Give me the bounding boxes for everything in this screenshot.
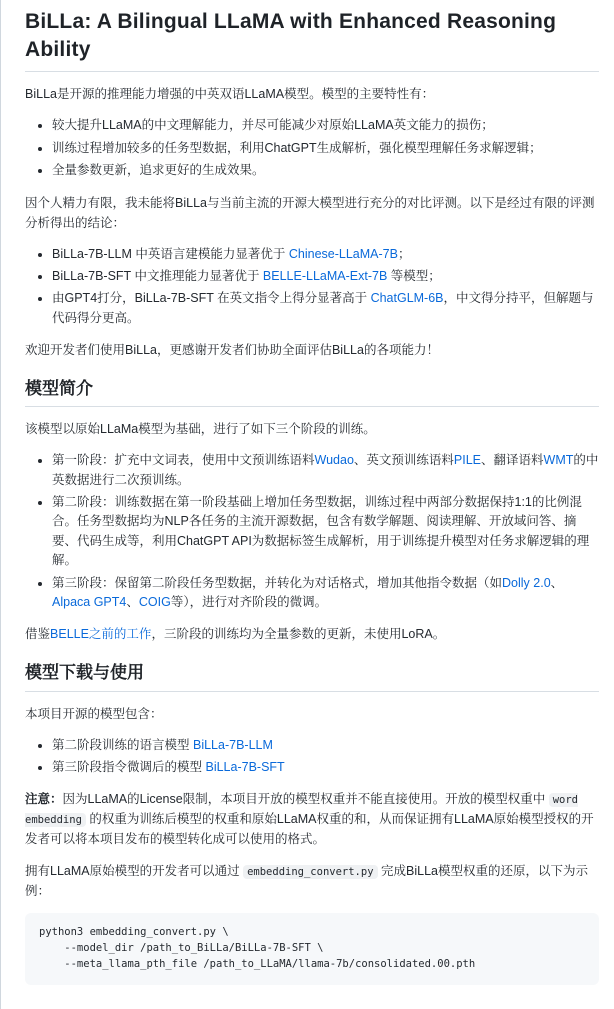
welcome-note: 欢迎开发者们使用BiLLa，更感谢开发者们协助全面评估BiLLa的各项能力！	[25, 340, 599, 360]
text-segment: 的权重为训练后模型的权重和原始LLaMA权重的和，从而保证拥有LLaMA原始模型…	[25, 812, 594, 846]
stage1-item: 第一阶段：扩充中文词表，使用中文预训练语料Wudao、英文预训练语料PILE、翻…	[52, 451, 599, 490]
text-segment: 借鉴	[25, 627, 50, 641]
section-heading-download: 模型下载与使用	[25, 662, 599, 691]
section-heading-model-intro: 模型简介	[25, 378, 599, 407]
feature-list: 较大提升LLaMA的中文理解能力，并尽可能减少对原始LLaMA英文能力的损伤； …	[25, 116, 599, 180]
license-notice: 注意：因为LLaMA的License限制，本项目开放的模型权重并不能直接使用。开…	[25, 789, 599, 849]
intro-lead: BiLLa是开源的推理能力增强的中英双语LLaMA模型。模型的主要特性有：	[25, 84, 599, 104]
alpaca-gpt4-link[interactable]: Alpaca GPT4	[52, 595, 126, 609]
notice-label: 注意：	[25, 792, 63, 806]
text-segment: BiLLa-7B-LLM 中英语言建模能力显著优于	[52, 247, 289, 261]
text-segment: 、英文预训练语料	[354, 453, 454, 467]
coig-link[interactable]: COIG	[139, 595, 171, 609]
stage-list: 第一阶段：扩充中文词表，使用中文预训练语料Wudao、英文预训练语料PILE、翻…	[25, 451, 599, 612]
text-segment: 、	[126, 595, 139, 609]
feature-item: 训练过程增加较多的任务型数据，利用ChatGPT生成解析，强化模型理解任务求解逻…	[52, 139, 599, 158]
model-item: 第二阶段训练的语言模型 BiLLa-7B-LLM	[52, 736, 599, 755]
text-segment: 、翻译语料	[481, 453, 544, 467]
text-segment: BiLLa-7B-SFT 中文推理能力显著优于	[52, 269, 263, 283]
chinese-llama-7b-link[interactable]: Chinese-LLaMA-7B	[289, 247, 398, 261]
model-item: 第三阶段指令微调后的模型 BiLLa-7B-SFT	[52, 758, 599, 777]
readme-container: BiLLa: A Bilingual LLaMA with Enhanced R…	[0, 0, 614, 1009]
text-segment: 因为LLaMA的License限制，本项目开放的模型权重并不能直接使用。开放的模…	[63, 792, 549, 806]
training-footnote: 借鉴BELLE之前的工作，三阶段的训练均为全量参数的更新，未使用LoRA。	[25, 624, 599, 644]
embedding-convert-code: embedding_convert.py	[243, 865, 377, 879]
feature-item: 较大提升LLaMA的中文理解能力，并尽可能减少对原始LLaMA英文能力的损伤；	[52, 116, 599, 135]
text-segment: 等），进行对齐阶段的微调。	[171, 595, 327, 609]
model-list: 第二阶段训练的语言模型 BiLLa-7B-LLM 第三阶段指令微调后的模型 Bi…	[25, 736, 599, 778]
wmt-link[interactable]: WMT	[544, 453, 574, 467]
stage3-item: 第三阶段：保留第二阶段任务型数据，并转化为对话格式，增加其他指令数据（如Doll…	[52, 574, 599, 613]
stage2-item: 第二阶段：训练数据在第一阶段基础上增加任务型数据，训练过程中两部分数据保持1:1…	[52, 493, 599, 571]
chatglm-6b-link[interactable]: ChatGLM-6B	[371, 291, 444, 305]
code-block: python3 embedding_convert.py \ --model_d…	[25, 913, 599, 984]
code-line: python3 embedding_convert.py \	[39, 925, 585, 941]
page-title: BiLLa: A Bilingual LLaMA with Enhanced R…	[25, 8, 599, 72]
convert-instruction: 拥有LLaMA原始模型的开发者可以通过 embedding_convert.py…	[25, 861, 599, 901]
text-segment: ；	[398, 247, 411, 261]
text-segment: 、	[551, 576, 564, 590]
code-line: --model_dir /path_to_BiLLa/BiLLa-7B-SFT …	[39, 941, 585, 957]
text-segment: 第三阶段：保留第二阶段任务型数据，并转化为对话格式，增加其他指令数据（如	[52, 576, 502, 590]
code-line: --meta_llama_pth_file /path_to_LLaMA/lla…	[39, 957, 585, 973]
conclusion-list: BiLLa-7B-LLM 中英语言建模能力显著优于 Chinese-LLaMA-…	[25, 245, 599, 329]
dolly-link[interactable]: Dolly 2.0	[502, 576, 551, 590]
download-lead: 本项目开源的模型包含：	[25, 704, 599, 724]
conclusion-item: BiLLa-7B-LLM 中英语言建模能力显著优于 Chinese-LLaMA-…	[52, 245, 599, 264]
text-segment: 第三阶段指令微调后的模型	[52, 760, 205, 774]
conclusion-item: BiLLa-7B-SFT 中文推理能力显著优于 BELLE-LLaMA-Ext-…	[52, 267, 599, 286]
feature-item: 全量参数更新，追求更好的生成效果。	[52, 161, 599, 180]
billa-7b-llm-link[interactable]: BiLLa-7B-LLM	[193, 738, 273, 752]
text-segment: 由GPT4打分，BiLLa-7B-SFT 在英文指令上得分显著高于	[52, 291, 371, 305]
text-segment: ，三阶段的训练均为全量参数的更新，未使用LoRA。	[151, 627, 445, 641]
text-segment: 拥有LLaMA原始模型的开发者可以通过	[25, 864, 243, 878]
conclusion-item: 由GPT4打分，BiLLa-7B-SFT 在英文指令上得分显著高于 ChatGL…	[52, 289, 599, 328]
text-segment: 第二阶段训练的语言模型	[52, 738, 193, 752]
billa-7b-sft-link[interactable]: BiLLa-7B-SFT	[205, 760, 284, 774]
text-segment: 第一阶段：扩充中文词表，使用中文预训练语料	[52, 453, 315, 467]
belle-llama-ext-7b-link[interactable]: BELLE-LLaMA-Ext-7B	[263, 269, 387, 283]
text-segment: 等模型；	[387, 269, 440, 283]
belle-work-link[interactable]: BELLE之前的工作	[50, 627, 151, 641]
wudao-link[interactable]: Wudao	[315, 453, 354, 467]
pile-link[interactable]: PILE	[454, 453, 481, 467]
model-intro-lead: 该模型以原始LLaMa模型为基础，进行了如下三个阶段的训练。	[25, 419, 599, 439]
eval-note: 因个人精力有限，我未能将BiLLa与当前主流的开源大模型进行充分的对比评测。以下…	[25, 193, 599, 233]
